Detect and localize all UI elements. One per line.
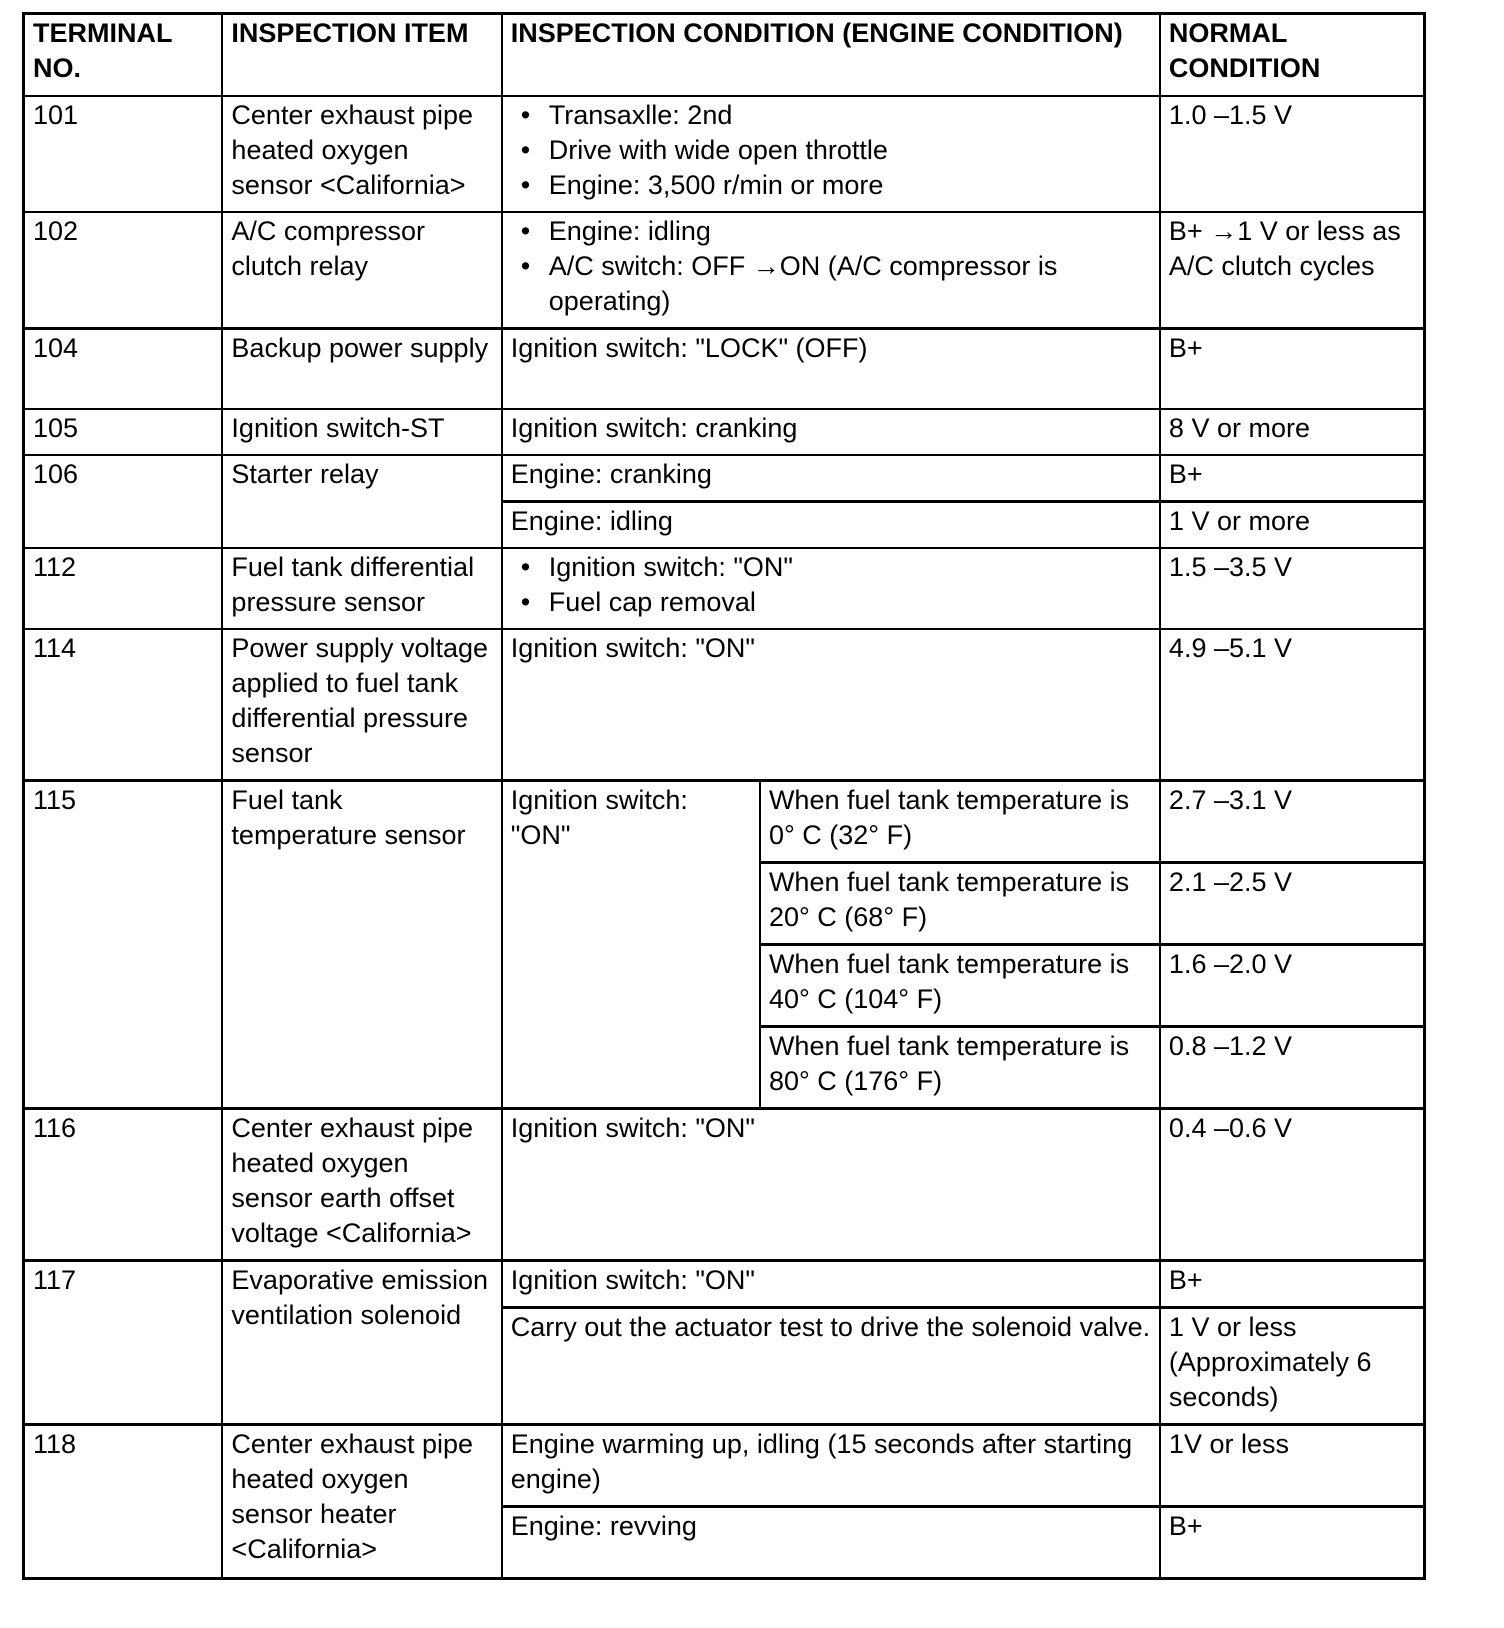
- inspection-condition: Ignition switch: cranking: [502, 409, 1160, 455]
- inspection-condition-sub: When fuel tank temperature is 80° C (176…: [760, 1027, 1160, 1109]
- normal-condition: 1V or less: [1160, 1425, 1425, 1507]
- inspection-condition-sub: When fuel tank temperature is 0° C (32° …: [760, 781, 1160, 863]
- terminal-no: 118: [24, 1425, 223, 1579]
- inspection-condition: Engine: idling A/C switch: OFF →ON (A/C …: [502, 212, 1160, 329]
- terminal-no: 101: [24, 96, 223, 212]
- normal-condition: B+: [1160, 455, 1425, 502]
- header-terminal-no: TERMINAL NO.: [24, 14, 223, 96]
- inspection-condition: Ignition switch: "ON": [502, 1261, 1160, 1308]
- normal-condition: B+: [1160, 328, 1425, 409]
- condition-bullet: Fuel cap removal: [511, 585, 1151, 620]
- inspection-condition-main: Ignition switch: "ON": [502, 781, 760, 1109]
- inspection-condition: Engine: cranking: [502, 455, 1160, 502]
- terminal-no: 116: [24, 1109, 223, 1261]
- normal-condition: 2.7 –3.1 V: [1160, 781, 1425, 863]
- terminal-no: 106: [24, 455, 223, 548]
- condition-bullet-list: Ignition switch: "ON" Fuel cap removal: [511, 550, 1151, 620]
- inspection-condition: Carry out the actuator test to drive the…: [502, 1308, 1160, 1425]
- header-inspection-item: INSPECTION ITEM: [222, 14, 501, 96]
- inspection-condition: Ignition switch: "ON": [502, 629, 1160, 781]
- normal-condition: 1.0 –1.5 V: [1160, 96, 1425, 212]
- inspection-item: A/C compressor clutch relay: [222, 212, 501, 329]
- inspection-condition-sub: When fuel tank temperature is 40° C (104…: [760, 945, 1160, 1027]
- inspection-item: Evaporative emission ventilation solenoi…: [222, 1261, 501, 1425]
- table-row: 117 Evaporative emission ventilation sol…: [24, 1261, 1425, 1308]
- condition-bullet: Ignition switch: "ON": [511, 550, 1151, 585]
- inspection-item: Starter relay: [222, 455, 501, 548]
- normal-condition: 8 V or more: [1160, 409, 1425, 455]
- header-inspection-condition: INSPECTION CONDITION (ENGINE CONDITION): [502, 14, 1160, 96]
- normal-condition: 0.8 –1.2 V: [1160, 1027, 1425, 1109]
- table-row: 118 Center exhaust pipe heated oxygen se…: [24, 1425, 1425, 1507]
- terminal-no: 104: [24, 328, 223, 409]
- condition-bullet: A/C switch: OFF →ON (A/C compressor is o…: [511, 249, 1151, 319]
- header-normal-condition: NORMAL CONDITION: [1160, 14, 1425, 96]
- inspection-item: Center exhaust pipe heated oxygen sensor…: [222, 1425, 501, 1579]
- terminal-no: 114: [24, 629, 223, 781]
- normal-condition: B+: [1160, 1261, 1425, 1308]
- normal-condition: 0.4 –0.6 V: [1160, 1109, 1425, 1261]
- table-row: 101 Center exhaust pipe heated oxygen se…: [24, 96, 1425, 212]
- inspection-item: Fuel tank differential pressure sensor: [222, 548, 501, 629]
- normal-condition: 1.6 –2.0 V: [1160, 945, 1425, 1027]
- inspection-condition: Ignition switch: "ON" Fuel cap removal: [502, 548, 1160, 629]
- table-row: 106 Starter relay Engine: cranking B+: [24, 455, 1425, 502]
- table-row: 114 Power supply voltage applied to fuel…: [24, 629, 1425, 781]
- table-row: 112 Fuel tank differential pressure sens…: [24, 548, 1425, 629]
- inspection-condition: Engine warming up, idling (15 seconds af…: [502, 1425, 1160, 1507]
- inspection-item: Power supply voltage applied to fuel tan…: [222, 629, 501, 781]
- inspection-condition: Engine: revving: [502, 1507, 1160, 1579]
- condition-bullet: Drive with wide open throttle: [511, 133, 1151, 168]
- normal-condition: 1.5 –3.5 V: [1160, 548, 1425, 629]
- normal-condition: B+ →1 V or less as A/C clutch cycles: [1160, 212, 1425, 329]
- condition-bullet: Transaxlle: 2nd: [511, 98, 1151, 133]
- normal-condition: 4.9 –5.1 V: [1160, 629, 1425, 781]
- header-row: TERMINAL NO. INSPECTION ITEM INSPECTION …: [24, 14, 1425, 96]
- terminal-no: 102: [24, 212, 223, 329]
- terminal-no: 115: [24, 781, 223, 1109]
- table-row: 104 Backup power supply Ignition switch:…: [24, 328, 1425, 409]
- terminal-no: 105: [24, 409, 223, 455]
- table-row: 115 Fuel tank temperature sensor Ignitio…: [24, 781, 1425, 863]
- inspection-condition: Engine: idling: [502, 502, 1160, 549]
- terminal-no: 117: [24, 1261, 223, 1425]
- normal-condition: 2.1 –2.5 V: [1160, 863, 1425, 945]
- table-row: 105 Ignition switch-ST Ignition switch: …: [24, 409, 1425, 455]
- condition-bullet: Engine: idling: [511, 214, 1151, 249]
- inspection-condition: Ignition switch: "ON": [502, 1109, 1160, 1261]
- table-row: 116 Center exhaust pipe heated oxygen se…: [24, 1109, 1425, 1261]
- terminal-inspection-table: TERMINAL NO. INSPECTION ITEM INSPECTION …: [22, 12, 1426, 1580]
- inspection-item: Fuel tank temperature sensor: [222, 781, 501, 1109]
- normal-condition: 1 V or less (Approximately 6 seconds): [1160, 1308, 1425, 1425]
- inspection-item: Center exhaust pipe heated oxygen sensor…: [222, 96, 501, 212]
- inspection-item: Ignition switch-ST: [222, 409, 501, 455]
- inspection-item: Center exhaust pipe heated oxygen sensor…: [222, 1109, 501, 1261]
- inspection-condition: Transaxlle: 2nd Drive with wide open thr…: [502, 96, 1160, 212]
- normal-condition: 1 V or more: [1160, 502, 1425, 549]
- inspection-item: Backup power supply: [222, 328, 501, 409]
- table-row: 102 A/C compressor clutch relay Engine: …: [24, 212, 1425, 329]
- condition-bullet-list: Transaxlle: 2nd Drive with wide open thr…: [511, 98, 1151, 203]
- condition-bullet: Engine: 3,500 r/min or more: [511, 168, 1151, 203]
- inspection-condition-sub: When fuel tank temperature is 20° C (68°…: [760, 863, 1160, 945]
- terminal-no: 112: [24, 548, 223, 629]
- inspection-condition: Ignition switch: "LOCK" (OFF): [502, 328, 1160, 409]
- condition-bullet-list: Engine: idling A/C switch: OFF →ON (A/C …: [511, 214, 1151, 319]
- normal-condition: B+: [1160, 1507, 1425, 1579]
